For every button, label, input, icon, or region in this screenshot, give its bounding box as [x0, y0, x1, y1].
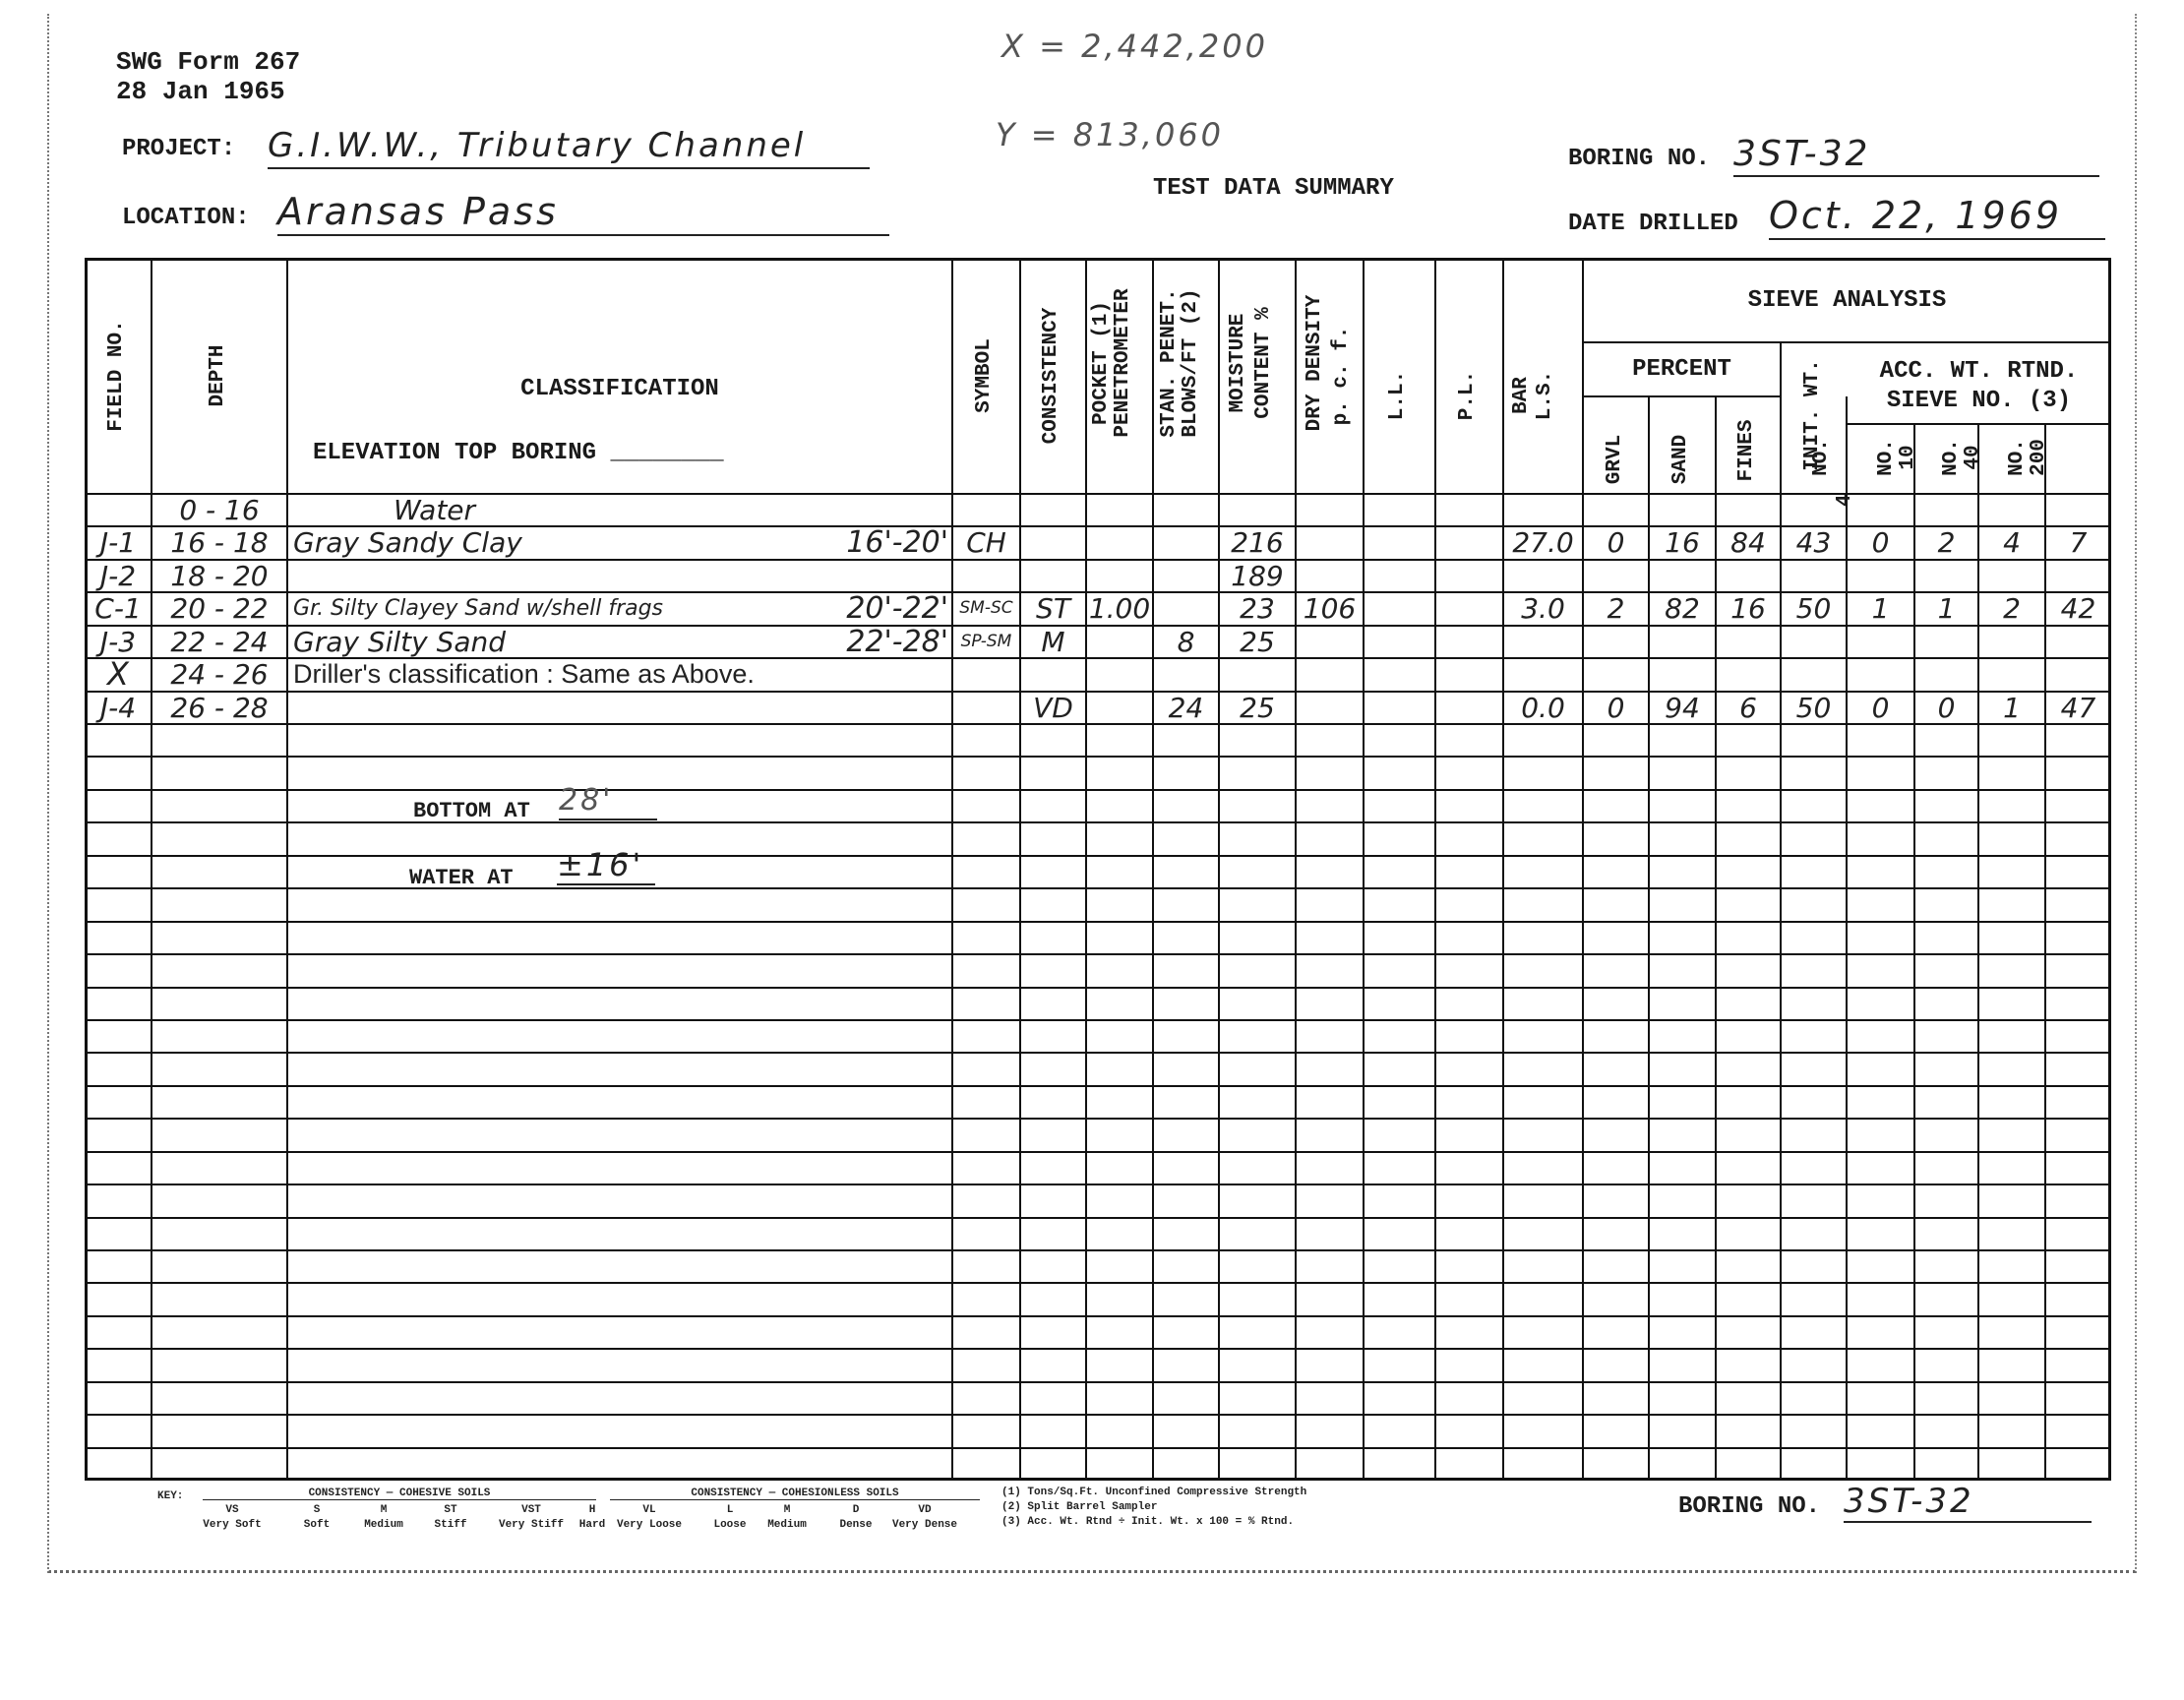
column-divider	[1913, 424, 1915, 1481]
col-header-pocket-2: PENETROMETER	[1113, 265, 1136, 461]
col-header-moisture-1: MOISTURE	[1228, 265, 1251, 461]
page-title: TEST DATA SUMMARY	[1153, 175, 1394, 202]
col-header-no40-a: NO.	[1941, 408, 1963, 507]
col-header-stan-2: BLOWS/FT (2)	[1181, 265, 1204, 461]
row-divider	[85, 1282, 2111, 1284]
boring-label: BORING NO.	[1568, 146, 1710, 172]
cell-dry: 106	[1296, 592, 1364, 625]
row-divider	[85, 987, 2111, 989]
cell-depth-range: 20'-22'	[748, 592, 948, 625]
row-divider	[85, 559, 2111, 561]
cohesive-key-abbr: VS	[183, 1504, 281, 1516]
col-header-consistency: CONSISTENCY	[1041, 277, 1064, 474]
row-divider	[85, 1118, 2111, 1120]
cell-classification: Gr. Silty Clayey Sand w/shell frags	[293, 592, 726, 625]
cell-no40: 4	[1978, 526, 2045, 559]
cell-field: X	[85, 658, 152, 691]
bottom-at-label: BOTTOM AT	[413, 799, 530, 823]
column-divider	[286, 258, 288, 1481]
col-header-acc-wt-rtnd: ACC. WT. RTND.	[1847, 358, 2111, 385]
col-header-no200-a: NO.	[2007, 408, 2029, 507]
cell-no40: 2	[1978, 592, 2045, 625]
cell-field: J-4	[85, 692, 152, 724]
cell-symbol: SM-SC	[952, 592, 1020, 625]
cell-moist: 25	[1219, 626, 1296, 658]
cell-field: J-3	[85, 626, 152, 658]
column-divider	[1295, 258, 1297, 1481]
cell-depth-range: 16'-20'	[748, 526, 948, 559]
cell-classification: Driller's classification : Same as Above…	[293, 658, 726, 691]
row-divider	[85, 953, 2111, 955]
date-drilled-value: Oct. 22, 1969	[1769, 193, 2105, 240]
bottom-at-value: 28'	[559, 783, 657, 820]
cell-grvl: 2	[1583, 592, 1649, 625]
cell-classification: Gray Silty Sand	[293, 626, 726, 658]
footnote-3: (3) Acc. Wt. Rtnd ÷ Init. Wt. x 100 = % …	[1001, 1515, 1294, 1530]
cell-no40: 1	[1978, 692, 2045, 724]
date-drilled-label: DATE DRILLED	[1568, 211, 1738, 237]
col-header-dry-density-2: p. c. f.	[1331, 277, 1355, 474]
cell-bar: 3.0	[1503, 592, 1583, 625]
cell-bar: 0.0	[1503, 692, 1583, 724]
cell-grvl: 0	[1583, 692, 1649, 724]
cell-init: 50	[1781, 692, 1847, 724]
col-header-fines: FINES	[1736, 352, 1760, 549]
cell-sand: 82	[1649, 592, 1716, 625]
location-value: Aransas Pass	[277, 189, 889, 236]
row-divider	[85, 1019, 2111, 1021]
coord-y: Y = 813,060	[996, 116, 1224, 153]
cell-stan: 8	[1153, 626, 1219, 658]
col-header-symbol: SYMBOL	[974, 277, 998, 474]
col-header-moisture-2: CONTENT %	[1253, 265, 1277, 461]
column-divider	[1502, 258, 1504, 1481]
row-divider	[85, 887, 2111, 889]
column-divider	[1085, 258, 1087, 1481]
row-divider	[85, 1414, 2111, 1416]
cohesionless-key-abbr: VD	[876, 1504, 974, 1516]
column-divider	[951, 258, 953, 1481]
row-divider	[85, 1151, 2111, 1153]
cell-no4: 1	[1847, 592, 1914, 625]
cell-bar: 27.0	[1503, 526, 1583, 559]
location-label: LOCATION:	[122, 205, 250, 231]
col-header-classification: CLASSIFICATION	[287, 376, 952, 402]
cell-init: 43	[1781, 526, 1847, 559]
col-header-sieve-analysis: SIEVE ANALYSIS	[1583, 287, 2111, 314]
elevation-top-boring: ELEVATION TOP BORING ________	[313, 440, 724, 466]
cell-sand: 94	[1649, 692, 1716, 724]
column-divider	[151, 258, 152, 1481]
cell-no10: 0	[1914, 692, 1978, 724]
col-header-ll: L.L.	[1387, 297, 1411, 494]
col-header-dry-density-1: DRY DENSITY	[1304, 265, 1328, 461]
cell-moist: 189	[1219, 560, 1296, 592]
cell-no200: 47	[2045, 692, 2111, 724]
cell-field: J-1	[85, 526, 152, 559]
row-divider	[85, 1217, 2111, 1219]
footnote-1: (1) Tons/Sq.Ft. Unconfined Compressive S…	[1001, 1486, 1306, 1500]
col-header-pl: P.L.	[1457, 297, 1481, 494]
cell-moist: 25	[1219, 692, 1296, 724]
water-at-value: ±16'	[557, 846, 655, 885]
sieve-title-divider	[1583, 341, 2111, 343]
row-divider	[85, 1249, 2111, 1251]
cell-stan: 24	[1153, 692, 1219, 724]
cohesive-title: CONSISTENCY — COHESIVE SOILS	[203, 1487, 596, 1500]
col-header-no200-b: 200	[2029, 408, 2050, 507]
cell-classification: Water	[394, 494, 826, 526]
key-label: KEY:	[157, 1490, 183, 1502]
col-header-no10-b: 10	[1898, 408, 1919, 507]
cohesionless-key-name: Very Dense	[876, 1519, 974, 1531]
row-divider	[85, 1052, 2111, 1054]
col-header-bar-2: L.S.	[1535, 297, 1558, 494]
cell-depth: 16 - 18	[152, 526, 287, 559]
cell-depth: 20 - 22	[152, 592, 287, 625]
cell-no200: 7	[2045, 526, 2111, 559]
row-divider	[85, 789, 2111, 791]
cell-fines: 16	[1716, 592, 1781, 625]
cell-no10: 1	[1914, 592, 1978, 625]
cohesionless-title: CONSISTENCY — COHESIONLESS SOILS	[610, 1487, 980, 1500]
col-header-field-no: FIELD NO.	[106, 277, 130, 474]
project-label: PROJECT:	[122, 136, 235, 162]
footnote-2: (2) Split Barrel Sampler	[1001, 1500, 1157, 1515]
column-divider	[1363, 258, 1365, 1481]
form-id: SWG Form 267	[116, 47, 300, 77]
row-divider	[85, 1381, 2111, 1383]
cell-grvl: 0	[1583, 526, 1649, 559]
cell-no10: 2	[1914, 526, 1978, 559]
column-divider	[1152, 258, 1154, 1481]
row-divider	[85, 756, 2111, 758]
cell-depth: 24 - 26	[152, 658, 287, 691]
column-divider	[1019, 258, 1021, 1481]
boring-value: 3ST-32	[1733, 134, 2099, 177]
cell-symbol: SP-SM	[952, 626, 1020, 658]
cell-no4: 0	[1847, 692, 1914, 724]
cell-field: C-1	[85, 592, 152, 625]
cell-moist: 23	[1219, 592, 1296, 625]
row-divider	[85, 1184, 2111, 1185]
cell-moist: 216	[1219, 526, 1296, 559]
cell-depth-range: 22'-28'	[748, 626, 948, 658]
cell-cons: VD	[1020, 692, 1086, 724]
col-header-no40-b: 40	[1963, 408, 1984, 507]
cell-depth: 26 - 28	[152, 692, 287, 724]
col-header-no4-b: 4	[1835, 408, 1856, 507]
cell-field: J-2	[85, 560, 152, 592]
column-divider	[1977, 424, 1979, 1481]
cell-depth: 18 - 20	[152, 560, 287, 592]
col-header-no10-a: NO.	[1876, 408, 1898, 507]
cell-init: 50	[1781, 592, 1847, 625]
footer-boring-value: 3ST-32	[1844, 1482, 2092, 1523]
col-header-bar-1: BAR	[1511, 297, 1535, 494]
project-value: G.I.W.W., Tributary Channel	[268, 124, 870, 169]
cell-no200: 42	[2045, 592, 2111, 625]
cell-cons: M	[1020, 626, 1086, 658]
row-divider	[85, 1315, 2111, 1317]
cell-depth: 0 - 16	[152, 494, 287, 526]
water-at-label: WATER AT	[409, 866, 514, 890]
column-divider	[2044, 424, 2046, 1481]
coord-x: X = 2,442,200	[1001, 28, 1268, 65]
row-divider	[85, 1348, 2111, 1350]
row-divider	[85, 1447, 2111, 1449]
cell-classification: Gray Sandy Clay	[293, 526, 726, 559]
footer-boring-label: BORING NO.	[1678, 1493, 1820, 1520]
cell-sand: 16	[1649, 526, 1716, 559]
column-divider	[1434, 258, 1436, 1481]
cohesive-key-name: Very Soft	[183, 1519, 281, 1531]
column-divider	[1780, 342, 1782, 1481]
cell-fines: 84	[1716, 526, 1781, 559]
row-divider	[85, 1085, 2111, 1087]
cell-cons: ST	[1020, 592, 1086, 625]
row-divider	[85, 921, 2111, 923]
row-divider	[85, 855, 2111, 857]
col-header-no4-a: NO.	[1811, 408, 1833, 507]
cell-depth: 22 - 24	[152, 626, 287, 658]
column-divider	[1582, 258, 1584, 1481]
cell-no4: 0	[1847, 526, 1914, 559]
column-divider	[1218, 258, 1220, 1481]
form-date: 28 Jan 1965	[116, 77, 285, 106]
cell-pocket: 1.00	[1086, 592, 1153, 625]
col-header-depth: DEPTH	[208, 277, 231, 474]
row-divider	[85, 821, 2111, 823]
cell-fines: 6	[1716, 692, 1781, 724]
cell-symbol: CH	[952, 526, 1020, 559]
